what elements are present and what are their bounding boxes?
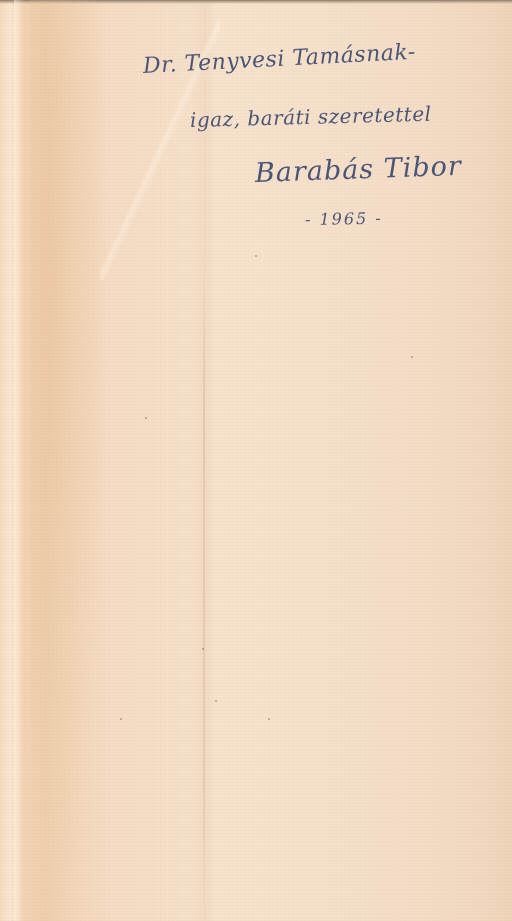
book-page: Dr. Tenyvesi Tamásnak- igaz, baráti szer… xyxy=(0,0,512,921)
paper-speck xyxy=(215,700,217,702)
paper-speck xyxy=(120,718,122,720)
dedication-year: - 1965 - xyxy=(305,209,383,229)
author-signature: Barabás Tibor xyxy=(254,151,462,189)
paper-speck xyxy=(411,356,413,358)
paper-speck xyxy=(202,648,204,650)
handwritten-dedication: Dr. Tenyvesi Tamásnak- igaz, baráti szer… xyxy=(0,0,512,300)
dedication-recipient: Dr. Tenyvesi Tamásnak- xyxy=(142,40,416,79)
dedication-message: igaz, baráti szeretettel xyxy=(190,102,432,132)
paper-speck xyxy=(145,417,147,419)
paper-speck xyxy=(268,718,270,720)
